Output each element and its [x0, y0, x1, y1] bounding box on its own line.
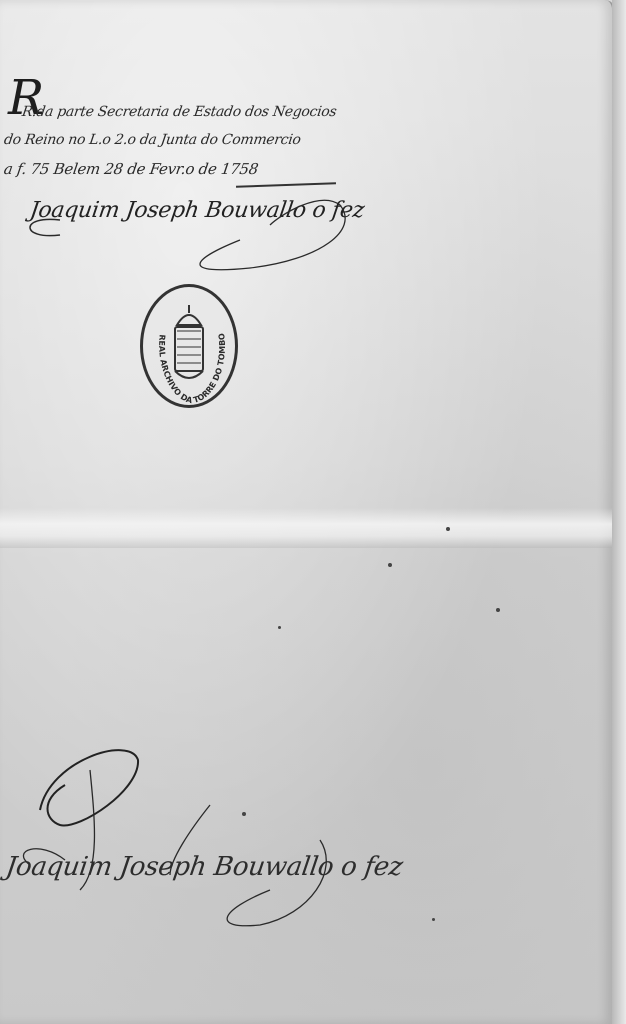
ink-spot [446, 527, 450, 531]
signature-bottom: Joaquim Joseph Bouwallo o fez [4, 852, 405, 882]
paper-fold [0, 508, 612, 548]
manuscript-page: R R.da parte Secretaria de Estado dos Ne… [0, 0, 615, 1024]
ink-spot [496, 608, 500, 612]
header-line-2: do Reino no L.o 2.o da Junta do Commerci… [3, 132, 302, 148]
header-line-1: R.da parte Secretaria de Estado dos Nego… [21, 104, 338, 120]
ink-spot [432, 918, 435, 921]
stamp-text: REAL ARCHIVO DA TORRE DO TOMBO [143, 287, 241, 411]
page-edge [612, 0, 626, 1024]
signature-flourish-top-icon [20, 190, 360, 270]
svg-text:REAL ARCHIVO DA TORRE DO TOMBO: REAL ARCHIVO DA TORRE DO TOMBO [157, 333, 227, 406]
date-underline [236, 182, 336, 187]
header-line-3: a f. 75 Belem 28 de Fevr.o de 1758 [3, 160, 260, 178]
ink-spot [388, 563, 392, 567]
archive-stamp: REAL ARCHIVO DA TORRE DO TOMBO [140, 284, 238, 408]
ink-spot [278, 626, 281, 629]
ink-spot [242, 812, 246, 816]
signature-flourish-bottom-icon [20, 740, 350, 940]
